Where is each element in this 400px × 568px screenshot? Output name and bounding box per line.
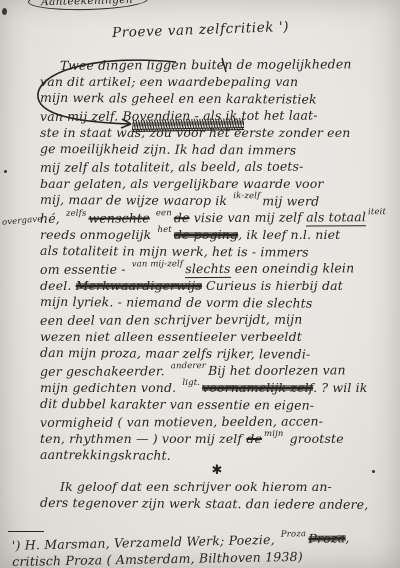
footnote-separator-rule [8, 531, 44, 532]
paper-speckle [2, 8, 7, 15]
manuscript-segment-xx: voornamelijk zelf [202, 380, 313, 395]
manuscript-line: dan mijn proza, maar zelfs rijker, leven… [40, 344, 394, 363]
manuscript-segment-n: reeds onmogelijk [40, 227, 155, 242]
manuscript-segment-sup: mijn [264, 426, 284, 443]
manuscript-segment-sup: het [157, 222, 171, 239]
manuscript-line: baar gelaten, als vergelijkbare waarde v… [40, 175, 394, 192]
manuscript-segment-marg: overgave [1, 211, 43, 232]
manuscript-segment-n: . ? wil ik [313, 380, 367, 395]
manuscript-segment-sup: Proza [281, 526, 307, 544]
corner-annotation-circled: Aanteekeningen [28, 0, 148, 12]
manuscript-segment-n: van dit artikel; een waardebepaling van [40, 74, 298, 89]
manuscript-segment-n: , [345, 530, 350, 545]
manuscript-segment-n: , ik leef n.l. niet [238, 227, 340, 242]
manuscript-line: als totaliteit in mijn werk, het is - im… [40, 242, 394, 261]
manuscript-line: vormigheid ( van motieven, beelden, acce… [40, 412, 394, 431]
manuscript-segment-n: ste in staat was, zou voor het eerste zo… [40, 125, 350, 140]
manuscript-line: Twee dingen liggen buiten de mogelijkhed… [40, 55, 394, 74]
manuscript-segment-n [150, 210, 154, 225]
manuscript-line: reeds onmogelijk hetde poging, ik leef n… [40, 226, 394, 243]
manuscript-line: mij, maar de wijze waarop ik ik-zelfmij … [40, 191, 394, 210]
manuscript-segment-n: ✱ [211, 463, 222, 478]
manuscript-segment-n: mijn lyriek. - niemand de vorm die slech… [40, 294, 313, 311]
manuscript-line: ders tegenover zijn werk staat. dan iede… [40, 494, 394, 513]
manuscript-segment-n: mijn gedichten vond. [40, 380, 180, 395]
manuscript-page: Aanteekeningen Proeve van zelfcritiek ')… [0, 0, 400, 568]
manuscript-segment-xx: Proza [308, 530, 345, 546]
manuscript-segment-sup: iteit [368, 204, 386, 221]
manuscript-segment-n: Ik geloof dat een schrijver ook hierom a… [60, 479, 332, 494]
manuscript-segment-n: ge moeilijkheid zijn. Ik had dan immers [40, 141, 296, 158]
manuscript-segment-sup: een [156, 205, 172, 222]
manuscript-segment-n: aantrekkingskracht. [40, 447, 171, 463]
manuscript-segment-n: Bij het doorlezen van [208, 362, 346, 378]
manuscript-line: deel. Merkwaardigerwijs Curieus is hierb… [40, 277, 394, 294]
manuscript-line: om essentie - van mij-zelfslechts een on… [40, 259, 394, 278]
manuscript-line: van mij zelf. Bovendien - als ik tot het… [40, 106, 394, 125]
manuscript-segment-n: ders tegenover zijn werk staat. dan iede… [40, 495, 368, 512]
manuscript-segment-xx: de poging [174, 227, 238, 242]
manuscript-segment-x: de [174, 210, 190, 225]
manuscript-segment-n: ten, rhythmen — ) voor mij zelf [40, 431, 246, 446]
manuscript-line: mij zelf als totaliteit, als beeld, als … [40, 157, 394, 176]
manuscript-segment-n: visie van mij zelf [190, 210, 307, 226]
manuscript-segment-n: dit dubbel karakter van essentie en eige… [40, 396, 314, 413]
manuscript-segment-n: om essentie - [40, 261, 130, 276]
paper-speckle [4, 170, 7, 173]
manuscript-segment-sup: zelfs [66, 206, 87, 223]
manuscript-segment-n: een oneindig klein [231, 260, 355, 276]
manuscript-segment-n: baar gelaten, als vergelijkbare waarde v… [40, 176, 324, 191]
manuscript-segment-n: een deel van den schrijver bevrijdt, mij… [40, 312, 303, 328]
manuscript-segment-n: deel. [40, 278, 76, 293]
manuscript-segment-n: mij werd [262, 193, 319, 208]
manuscript-line: mijn werk als geheel en een karakteristi… [40, 89, 394, 108]
manuscript-line: wezen niet alleen essentieeler verbeeldt [40, 328, 394, 345]
manuscript-segment-n: mijn werk als geheel en een karakteristi… [40, 90, 317, 107]
manuscript-line: overgavehé, zelfswenschte eende visie va… [40, 208, 394, 227]
manuscript-segment-u: slechts [185, 261, 230, 278]
manuscript-line: ste in staat was, zou voor het eerste zo… [40, 124, 394, 141]
footnote: ') H. Marsman, Verzameld Werk; Poezie, P… [12, 530, 350, 568]
manuscript-segment-x: de [246, 431, 262, 446]
page-title: Proeve van zelfcritiek ') [112, 19, 290, 41]
manuscript-line: van dit artikel; een waardebepaling van [40, 73, 394, 90]
manuscript-line: een deel van den schrijver bevrijdt, mij… [40, 310, 394, 329]
manuscript-segment-sup: ligt. [182, 375, 200, 392]
manuscript-segment-n: wezen niet alleen essentieeler verbeeldt [40, 329, 302, 344]
manuscript-segment-sup: van mij-zelf [132, 256, 184, 273]
manuscript-segment-n: Curieus is hierbij dat [202, 278, 343, 293]
manuscript-line: Ik geloof dat een schrijver ook hierom a… [40, 478, 394, 495]
manuscript-segment-n: grootste [286, 431, 344, 446]
manuscript-line: dit dubbel karakter van essentie en eige… [40, 395, 394, 414]
manuscript-line: mijn lyriek. - niemand de vorm die slech… [40, 293, 394, 312]
manuscript-segment-u: als totaal [306, 209, 366, 226]
manuscript-body: Twee dingen liggen buiten de mogelijkhed… [40, 56, 394, 512]
manuscript-segment-n: Twee dingen liggen buiten de mogelijkhed… [60, 56, 352, 73]
manuscript-segment-n: mij zelf als totaliteit, als beeld, als … [40, 159, 304, 175]
manuscript-segment-sup: ik-zelf [233, 188, 260, 205]
manuscript-line: ge moeilijkheid zijn. Ik had dan immers [40, 140, 394, 159]
manuscript-segment-n: hé, [40, 211, 64, 226]
manuscript-line: ✱ [40, 463, 394, 479]
manuscript-line: ten, rhythmen — ) voor mij zelf demijn g… [40, 430, 394, 447]
manuscript-segment-xx: Merkwaardigerwijs [76, 278, 202, 293]
manuscript-segment-sup: anderer [171, 358, 206, 375]
manuscript-line: mijn gedichten vond. ligt.voornamelijk z… [40, 379, 394, 396]
manuscript-segment-n: van mij zelf. Bovendien - als ik tot het… [40, 107, 318, 123]
manuscript-segment-x: wenschte [88, 210, 149, 225]
corner-annotation-text: Aanteekeningen [41, 0, 133, 8]
manuscript-segment-n: critisch Proza ( Amsterdam, Bilthoven 19… [12, 549, 303, 568]
manuscript-segment-n: ger geschakeerder. [40, 363, 169, 379]
manuscript-line: ger geschakeerder. andererBij het doorle… [40, 361, 394, 380]
